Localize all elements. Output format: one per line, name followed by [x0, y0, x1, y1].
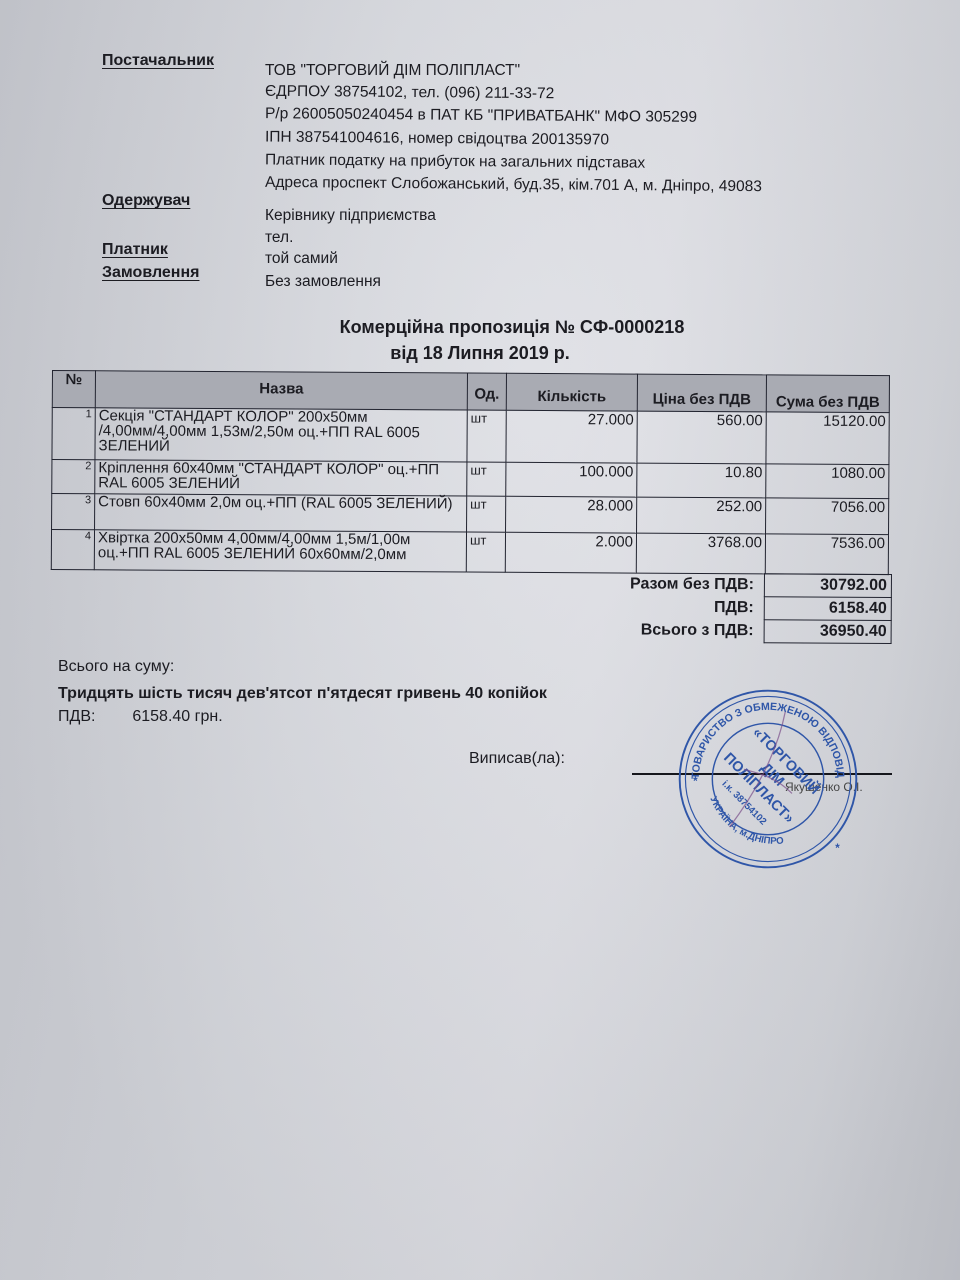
supplier-account: Р/р 26005050240454 в ПАТ КБ "ПРИВАТБАНК"… [265, 105, 697, 127]
totals-value: 36950.40 [764, 620, 891, 644]
row-number: 1 [52, 408, 95, 460]
supplier-tax-status: Платник податку на прибуток на загальних… [265, 151, 645, 172]
item-price: 10.80 [637, 463, 766, 498]
item-quantity: 100.000 [506, 462, 637, 497]
document-date: від 18 Липня 2019 р. [0, 343, 960, 364]
totals-value: 6158.40 [764, 597, 891, 621]
item-quantity: 27.000 [506, 410, 637, 463]
totals-row: Всього з ПДВ:36950.40 [555, 618, 892, 643]
table-row: 2Кріплення 60х40мм "СТАНДАРТ КОЛОР" оц.+… [52, 460, 889, 499]
row-number: 3 [52, 494, 95, 530]
item-sum: 7056.00 [766, 498, 889, 535]
recipient-label: Одержувач [102, 192, 190, 210]
total-sum-label: Всього на суму: [58, 658, 174, 676]
item-quantity: 28.000 [506, 496, 637, 533]
item-name: Секція "СТАНДАРТ КОЛОР" 200х50мм /4,00мм… [95, 408, 467, 462]
items-table: № Назва Од. Кількість Ціна без ПДВ Сума … [51, 370, 890, 575]
supplier-address: Адреса проспект Слобожанський, буд.35, к… [265, 174, 762, 196]
supplier-edrpou: ЄДРПОУ 38754102, тел. (096) 211-33-72 [265, 83, 554, 104]
header-price: Ціна без ПДВ [637, 374, 766, 412]
vat-summary: ПДВ: 6158.40 грн. [58, 708, 223, 726]
header-unit: Од. [467, 373, 506, 410]
item-unit: шт [467, 496, 506, 532]
document-title: Комерційна пропозиція № СФ-0000218 [0, 317, 960, 338]
totals-value: 30792.00 [764, 574, 891, 598]
item-unit: шт [466, 532, 505, 572]
order-label: Замовлення [102, 264, 199, 282]
supplier-ipn: ІПН 387541004616, номер свідоцтва 200135… [265, 128, 609, 149]
table-row: 3Стовп 60х40мм 2,0м оц.+ПП (RAL 6005 ЗЕЛ… [52, 494, 889, 535]
table-header-row: № Назва Од. Кількість Ціна без ПДВ Сума … [52, 371, 889, 413]
issued-by-label: Виписав(ла): [469, 750, 565, 768]
header-name: Назва [95, 371, 467, 410]
stamp-star-right: * [835, 843, 840, 855]
item-sum: 1080.00 [766, 464, 889, 499]
header-sum: Сума без ПДВ [766, 375, 889, 413]
totals-label: Всього з ПДВ: [555, 618, 765, 642]
item-unit: шт [467, 410, 506, 462]
item-name: Кріплення 60х40мм "СТАНДАРТ КОЛОР" оц.+П… [95, 460, 467, 496]
recipient-line-2: тел. [265, 229, 293, 247]
item-price: 560.00 [637, 411, 766, 464]
order-value: Без замовлення [265, 273, 381, 291]
payer-value: той самий [265, 250, 338, 268]
item-sum: 7536.00 [765, 534, 888, 575]
vat-summary-value: 6158.40 грн. [132, 708, 222, 725]
totals-row: Разом без ПДВ:30792.00 [555, 573, 892, 598]
row-number: 2 [52, 460, 95, 494]
row-number: 4 [51, 530, 94, 570]
header-qty: Кількість [506, 373, 637, 411]
item-unit: шт [467, 462, 506, 496]
payer-label: Платник [102, 241, 168, 259]
totals-label: ПДВ: [555, 595, 765, 619]
vat-summary-label: ПДВ: [58, 708, 95, 725]
item-price: 3768.00 [636, 533, 765, 574]
company-stamp: ТОВАРИСТВО З ОБМЕЖЕНОЮ ВІДПОВІДАЛЬНІСТЮ … [672, 683, 864, 875]
stamp-star-left: * [693, 776, 698, 788]
table-row: 4Хвіртка 200х50мм 4,00мм/4,00мм 1,5м/1,0… [51, 530, 888, 575]
header-no: № [52, 371, 95, 408]
recipient-line-1: Керівнику підприємства [265, 207, 436, 225]
totals-row: ПДВ:6158.40 [555, 595, 892, 620]
supplier-name: ТОВ "ТОРГОВИЙ ДІМ ПОЛІПЛАСТ" [265, 62, 520, 80]
table-row: 1Секція "СТАНДАРТ КОЛОР" 200х50мм /4,00м… [52, 408, 889, 465]
item-quantity: 2.000 [505, 532, 636, 573]
totals-label: Разом без ПДВ: [555, 573, 765, 597]
item-name: Хвіртка 200х50мм 4,00мм/4,00мм 1,5м/1,00… [94, 530, 466, 572]
supplier-label: Постачальник [102, 52, 214, 70]
item-name: Стовп 60х40мм 2,0м оц.+ПП (RAL 6005 ЗЕЛЕ… [95, 494, 467, 532]
total-in-words: Тридцять шість тисяч дев'ятсот п'ятдесят… [58, 685, 547, 703]
item-price: 252.00 [637, 497, 766, 534]
item-sum: 15120.00 [766, 412, 889, 465]
totals-table: Разом без ПДВ:30792.00ПДВ:6158.40Всього … [555, 572, 892, 644]
